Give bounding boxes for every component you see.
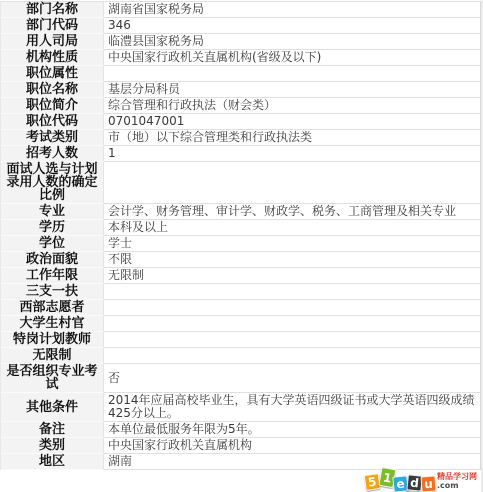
table-row: 特岗计划教师 [1,332,480,348]
table-row: 部门名称 湖南省国家税务局 [1,2,480,18]
field-label: 考试类别 [1,130,104,146]
table-row: 政治面貌 不限 [1,252,480,268]
field-label: 面试人选与计划录用人数的确定比例 [1,162,104,204]
field-value: 1 [104,146,480,162]
table-row: 无限制 [1,348,480,364]
field-value [104,348,480,364]
field-value: 会计学、财务管理、审计学、财政学、税务、工商管理及相关专业 [104,204,480,220]
field-label: 政治面貌 [1,252,104,268]
field-label: 工作年限 [1,268,104,284]
field-label: 部门名称 [1,2,104,18]
table-row: 职位代码 0701047001 [1,114,480,130]
field-label: 无限制 [1,348,104,364]
logo-text: 精品学习网 .com [437,472,477,492]
table-row: 是否组织专业考试 否 [1,364,480,393]
field-value [104,284,480,300]
field-value: 市（地）以下综合管理类和行政执法类 [104,130,480,146]
field-value [104,316,480,332]
field-label: 招考人数 [1,146,104,162]
field-label: 地区 [1,454,104,470]
field-label: 三支一扶 [1,284,104,300]
field-value: 临澧县国家税务局 [104,34,480,50]
table-row: 类别 中央国家行政机关直属机构 [1,438,480,454]
field-value: 无限制 [104,268,480,284]
logo-letter-tiles: 51edu [365,473,435,492]
field-label: 学历 [1,220,104,236]
site-watermark-logo: 51edu 精品学习网 .com [365,460,477,492]
field-value: 湖南省国家税务局 [104,2,480,18]
field-value: 学士 [104,236,480,252]
field-value: 不限 [104,252,480,268]
table-row: 学历 本科及以上 [1,220,480,236]
field-value [104,66,480,82]
field-value: 本科及以上 [104,220,480,236]
table-row: 职位属性 [1,66,480,82]
field-label: 职位简介 [1,98,104,114]
field-label: 特岗计划教师 [1,332,104,348]
field-label: 用人司局 [1,34,104,50]
table-row: 专业 会计学、财务管理、审计学、财政学、税务、工商管理及相关专业 [1,204,480,220]
field-value: 否 [104,364,480,393]
table-row: 职位名称 基层分局科员 [1,82,480,98]
field-label: 类别 [1,438,104,454]
field-label: 专业 [1,204,104,220]
field-value: 中央国家行政机关直属机构(省级及以下) [104,50,480,66]
field-value: 2014年应届高校毕业生，具有大学英语四级证书或大学英语四级成绩425分以上。 [104,393,480,422]
logo-letter-u: u [420,475,436,492]
site-domain-suffix: .com [437,481,459,490]
field-label: 其他条件 [1,393,104,422]
field-value: 本单位最低服务年限为5年。 [104,422,480,438]
field-value: 346 [104,18,480,34]
table-row: 用人司局 临澧县国家税务局 [1,34,480,50]
field-label: 大学生村官 [1,316,104,332]
field-value [104,162,480,204]
table-body: 部门名称 湖南省国家税务局 部门代码 346 用人司局 临澧县国家税务局 机构性… [1,2,480,470]
field-label: 职位属性 [1,66,104,82]
table-row: 职位简介 综合管理和行政执法（财会类） [1,98,480,114]
position-detail-table: 部门名称 湖南省国家税务局 部门代码 346 用人司局 临澧县国家税务局 机构性… [0,1,481,470]
field-value [104,300,480,316]
field-label: 备注 [1,422,104,438]
field-label: 职位代码 [1,114,104,130]
table-row: 其他条件 2014年应届高校毕业生，具有大学英语四级证书或大学英语四级成绩425… [1,393,480,422]
field-value: 基层分局科员 [104,82,480,98]
field-label: 职位名称 [1,82,104,98]
field-label: 是否组织专业考试 [1,364,104,393]
field-label: 机构性质 [1,50,104,66]
table-row: 大学生村官 [1,316,480,332]
table-row: 考试类别 市（地）以下综合管理类和行政执法类 [1,130,480,146]
field-value [104,332,480,348]
table-row: 部门代码 346 [1,18,480,34]
page: 部门名称 湖南省国家税务局 部门代码 346 用人司局 临澧县国家税务局 机构性… [0,0,481,492]
field-value: 综合管理和行政执法（财会类） [104,98,480,114]
table-row: 备注 本单位最低服务年限为5年。 [1,422,480,438]
table-row: 招考人数 1 [1,146,480,162]
field-value: 中央国家行政机关直属机构 [104,438,480,454]
site-name: 精品学习网 [437,472,477,481]
field-value: 0701047001 [104,114,480,130]
table-row: 西部志愿者 [1,300,480,316]
field-label: 学位 [1,236,104,252]
table-row: 三支一扶 [1,284,480,300]
table-row: 面试人选与计划录用人数的确定比例 [1,162,480,204]
table-row: 机构性质 中央国家行政机关直属机构(省级及以下) [1,50,480,66]
table-row: 工作年限 无限制 [1,268,480,284]
field-label: 西部志愿者 [1,300,104,316]
field-label: 部门代码 [1,18,104,34]
table-row: 学位 学士 [1,236,480,252]
